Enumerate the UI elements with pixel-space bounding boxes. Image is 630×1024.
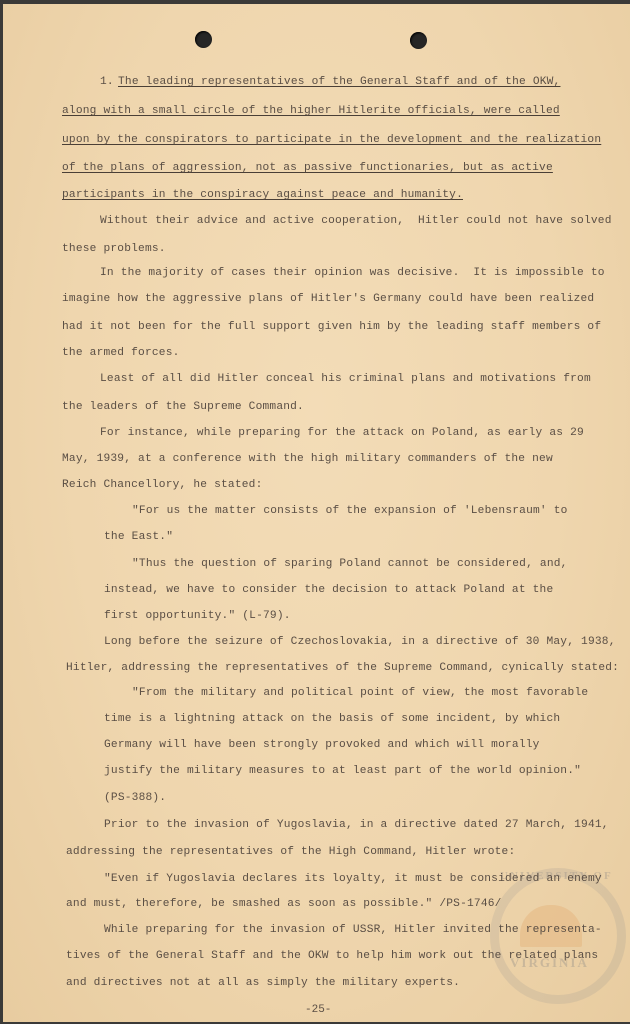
text-line: the East." bbox=[104, 530, 173, 544]
text-line: instead, we have to consider the decisio… bbox=[104, 583, 553, 597]
text-line: May, 1939, at a conference with the high… bbox=[62, 452, 553, 466]
page-number: -25- bbox=[305, 1004, 331, 1016]
text-line: The leading representatives of the Gener… bbox=[118, 75, 560, 89]
binder-hole-left bbox=[195, 31, 212, 48]
text-line: upon by the conspirators to participate … bbox=[62, 133, 601, 147]
text-line: (PS-388). bbox=[104, 791, 166, 805]
text-line: along with a small circle of the higher … bbox=[62, 104, 560, 118]
text-line: "For us the matter consists of the expan… bbox=[132, 504, 568, 518]
text-line: these problems. bbox=[62, 242, 166, 256]
text-line: Long before the seizure of Czechoslovaki… bbox=[104, 635, 616, 649]
text-line: While preparing for the invasion of USSR… bbox=[104, 923, 602, 937]
text-line: Germany will have been strongly provoked… bbox=[104, 738, 540, 752]
text-line: first opportunity." (L-79). bbox=[104, 609, 291, 623]
text-line: justify the military measures to at leas… bbox=[104, 764, 581, 778]
text-line: In the majority of cases their opinion w… bbox=[100, 266, 605, 280]
text-line: Prior to the invasion of Yugoslavia, in … bbox=[104, 818, 609, 832]
text-line: "From the military and political point o… bbox=[132, 686, 588, 700]
text-line: time is a lightning attack on the basis … bbox=[104, 712, 560, 726]
binder-hole-right bbox=[410, 32, 427, 49]
text-line: Reich Chancellory, he stated: bbox=[62, 478, 263, 492]
text-line: and must, therefore, be smashed as soon … bbox=[66, 897, 502, 911]
text-line: Least of all did Hitler conceal his crim… bbox=[100, 372, 591, 386]
text-line: "Even if Yugoslavia declares its loyalty… bbox=[104, 872, 602, 886]
text-line: participants in the conspiracy against p… bbox=[62, 188, 463, 202]
text-line: of the plans of aggression, not as passi… bbox=[62, 161, 553, 175]
text-line: the leaders of the Supreme Command. bbox=[62, 400, 304, 414]
text-line: and directives not at all as simply the … bbox=[66, 976, 460, 990]
text-line: For instance, while preparing for the at… bbox=[100, 426, 584, 440]
text-line: Hitler, addressing the representatives o… bbox=[66, 661, 619, 675]
text-line: Without their advice and active cooperat… bbox=[100, 214, 612, 228]
text-line: tives of the General Staff and the OKW t… bbox=[66, 949, 598, 963]
text-line: "Thus the question of sparing Poland can… bbox=[132, 557, 568, 571]
text-line: the armed forces. bbox=[62, 346, 180, 360]
text-line: addressing the representatives of the Hi… bbox=[66, 845, 515, 859]
text-line: imagine how the aggressive plans of Hitl… bbox=[62, 292, 594, 306]
text-line: had it not been for the full support giv… bbox=[62, 320, 601, 334]
